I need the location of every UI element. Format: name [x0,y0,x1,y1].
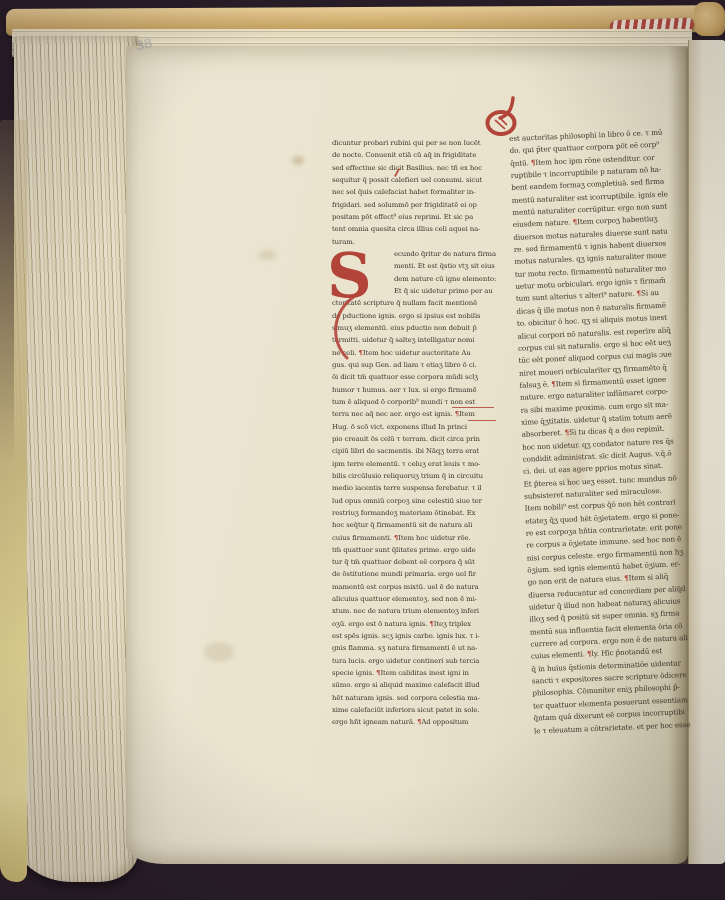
stain [258,250,276,260]
text-line: xime calefaciūt inferiora sicut patet in… [332,704,508,716]
text-line: hoc seq̄tur q̄ firmamentū sit de natura … [332,519,508,531]
text-line: mamentū est corpus mixtū. uel ē de natur… [332,581,508,593]
text-line: tur q̄ tm̄ quattuor debent eē corpora q̄… [332,556,508,568]
text-line: humor τ humus. aer τ lux. si ergo firmam… [332,384,508,396]
text-line: Hug. ō scō vict. exponens illud In princ… [332,421,508,433]
text-line: oʒū. ergo est ō natura ignis. ¶Iteʒ trip… [332,618,508,630]
page-stack-fore-edge [14,36,138,882]
text-line: ōi dicit tm̄ quattuor esse corpora mūdi … [332,371,508,383]
spine-roll-corner [694,2,725,36]
text-line: xtum. nec de natura trium elementoʒ infe… [332,605,508,617]
incunabulum-photo: { "colors": { "background": "#281d27", "… [0,0,725,900]
text-line: ergo hñt igneam naturā. ¶Ad oppositum [332,716,508,728]
text-line: cipiū libri de sacmentis. ibi Nāqʒ terra… [332,445,508,457]
text-line: dicuntur probari rubini qui per se non l… [332,137,508,149]
text-line: alicuius quattuor elementoʒ. sed non ē m… [332,593,508,605]
text-line: terra nec aq̄ nec aer. ergo est ignis. ¶… [332,408,508,420]
text-line: tm̄ quattuor sunt q̄litates prime. ergo … [332,544,508,556]
text-line: cuius firmamenti. ¶Item hoc uidetur rōe. [332,532,508,544]
stain [560,430,586,490]
text-line: frigidari. sed solummō per frigiditatē e… [332,199,508,211]
text-line: hēt naturam ignis. sed corpora celestia … [332,692,508,704]
text-line: de ōstitutione mundi primaria. ergo uel … [332,568,508,580]
text-line: positam pōt effect⁹ eius reprimi. Et sic… [332,211,508,223]
text-line: ipm terre elementū. τ celuʒ erat leuis τ… [332,458,508,470]
text-column-right: est auctoritas philosophi in libro ō ce.… [509,125,725,741]
text-line: nec sol q̄uis calefaciat habet formalite… [332,186,508,198]
cover-board-edge [0,120,27,882]
text-line: sed effectiue sic dicit Basilius. nec tñ… [332,162,508,174]
text-column-left: dicuntur probari rubini qui per se non l… [332,137,508,733]
text-line: bilis circūlusio reliquoruʒ trium q̄ in … [332,470,508,482]
text-line: est spēs ignis. scʒ ignis carbo. ignis l… [332,630,508,642]
text-line: pio creauit ōs celū τ terram. dicit circ… [332,433,508,445]
text-line: gnis flamma. sʒ natura firmamenti ē ut n… [332,642,508,654]
text-line: restriuʒ formandoʒ materiam ōtinebat. Ex [332,507,508,519]
text-line: tent omnia quesita circa illius celi aqu… [332,223,508,235]
stain [204,642,234,662]
stain [292,156,304,165]
text-line: de nocte. Conuenit etiā cū aq̄ in frigid… [332,149,508,161]
text-line: sūmo. ergo si aliquid maxime calefacit i… [332,679,508,691]
text-line: lud opus omniū corpoʒ sine celestiū siue… [332,495,508,507]
text-line: tura lucis. ergo uidetur contineri sub t… [332,655,508,667]
rubric-underline [468,420,496,421]
text-line: sequitur q̄ possit calefieri uel consumi… [332,174,508,186]
text-line: specie ignis. ¶Item caliditas inest igni… [332,667,508,679]
rubric-underline [452,407,494,408]
drop-cap-flourish [325,292,365,368]
text-line: medio iacentis terre suspensa ferebatur.… [332,482,508,494]
